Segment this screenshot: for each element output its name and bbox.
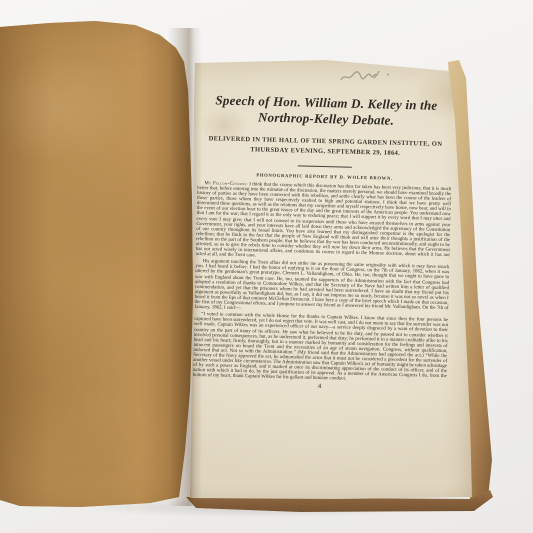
pencil-scribble-icon [338,65,396,86]
page-content: Speech of Hon. William D. Kelley in theN… [176,58,479,513]
pamphlet-page: Speech of Hon. William D. Kelley in theN… [186,58,478,506]
reporter-byline: PHONOGRAPHIC REPORT BY D. WOLFE BROWN. [198,171,452,182]
page-title: Speech of Hon. William D. Kelley in theN… [199,92,454,131]
photo-background: Speech of Hon. William D. Kelley in theN… [0,0,533,533]
subtitle-line-2: THURSDAY EVENING, SEPTEMBER 29, 1864. [250,146,400,157]
paragraph-2: His argument touching the Trent affair d… [194,259,449,316]
divider-rule [298,165,352,167]
title-line-1: Speech of Hon. William D. Kelley in the [215,92,437,112]
paragraph-1: My Fellow-Citizens: I think that the cou… [196,181,452,264]
pamphlet-front-cover [0,20,194,512]
paragraph-1-text: I think that the course which this discu… [196,182,452,258]
title-line-2: Northrop-Kelley Debate. [258,110,394,128]
delivery-subtitle: DELIVERED IN THE HALL OF THE SPRING GARD… [198,134,452,160]
paragraph-3-quotation: “I voted in common with the whole House … [193,312,449,384]
subtitle-line-1: DELIVERED IN THE HALL OF THE SPRING GARD… [209,135,443,148]
